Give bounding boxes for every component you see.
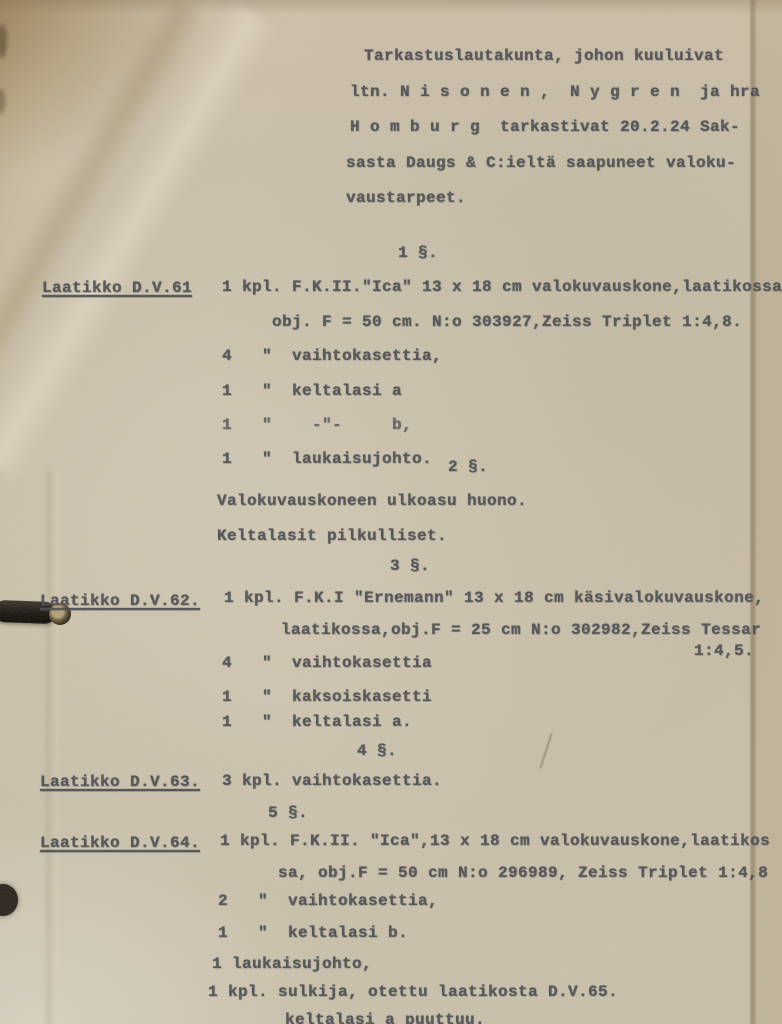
item-line: keltalasi a puuttuu. (285, 1010, 485, 1024)
document-page: Tarkastuslautakunta, johon kuuluivat ltn… (0, 0, 782, 1024)
header-line: Tarkastuslautakunta, johon kuuluivat (364, 46, 724, 66)
note-line: Keltalasit pilkulliset. (217, 526, 447, 546)
section-heading: 2 §. (448, 457, 488, 477)
item-line: 1 " keltalasi b. (218, 923, 408, 943)
left-crease (46, 470, 58, 1024)
header-line: H o m b u r g tarkastivat 20.2.24 Sak- (350, 117, 740, 137)
item-line: 1 kpl. F.K.II. "Ica",13 x 18 cm valokuva… (220, 831, 770, 851)
item-line: obj. F = 50 cm. N:o 303927,Zeiss Triplet… (272, 312, 742, 332)
item-line: sa, obj.F = 50 cm N:o 296989, Zeiss Trip… (278, 863, 768, 883)
item-line: 1 kpl. sulkija, otettu laatikosta D.V.65… (208, 982, 618, 1002)
section-heading: 4 §. (357, 741, 397, 761)
item-line: 1 " laukaisujohto. (222, 449, 432, 469)
note-line: Valokuvauskoneen ulkoasu huono. (217, 491, 527, 511)
section-heading: 5 §. (268, 803, 308, 823)
section-heading: 1 §. (398, 243, 438, 263)
box-label: Laatikko D.V.64. (40, 833, 200, 853)
header-line: sasta Daugs & C:ieltä saapuneet valoku- (346, 153, 736, 173)
item-line: 1 kpl. F.K.I "Ernemann" 13 x 18 cm käsiv… (224, 588, 764, 608)
item-line: 4 " vaihtokasettia (222, 653, 432, 673)
edge-smudge (0, 88, 5, 114)
item-line: laatikossa,obj.F = 25 cm N:o 302982,Zeis… (281, 620, 761, 640)
item-line: 1 " keltalasi a. (222, 712, 412, 732)
item-line: 1 " kaksoiskasetti (222, 687, 432, 707)
item-line: 1 laukaisujohto, (212, 954, 372, 974)
item-line: 4 " vaihtokasettia, (222, 346, 442, 366)
pencil-mark (539, 734, 552, 769)
edge-smudge (0, 24, 7, 58)
header-line: vaustarpeet. (346, 188, 466, 208)
item-line: 2 " vaihtokasettia, (218, 891, 438, 911)
item-line: 3 kpl. vaihtokasettia. (222, 771, 442, 791)
punch-hole (0, 884, 18, 916)
item-line: 1:4,5. (694, 641, 754, 661)
item-line: 1 " -"- b, (222, 415, 412, 435)
header-line: ltn. N i s o n e n , N y g r e n ja hra (350, 82, 760, 102)
box-label: Laatikko D.V.61 (42, 278, 192, 298)
item-line: 1 kpl. F.K.II."Ica" 13 x 18 cm valokuvau… (222, 277, 782, 297)
box-label: Laatikko D.V.62. (40, 591, 200, 611)
box-label: Laatikko D.V.63. (40, 772, 200, 792)
section-heading: 3 §. (390, 556, 430, 576)
item-line: 1 " keltalasi a (222, 381, 402, 401)
